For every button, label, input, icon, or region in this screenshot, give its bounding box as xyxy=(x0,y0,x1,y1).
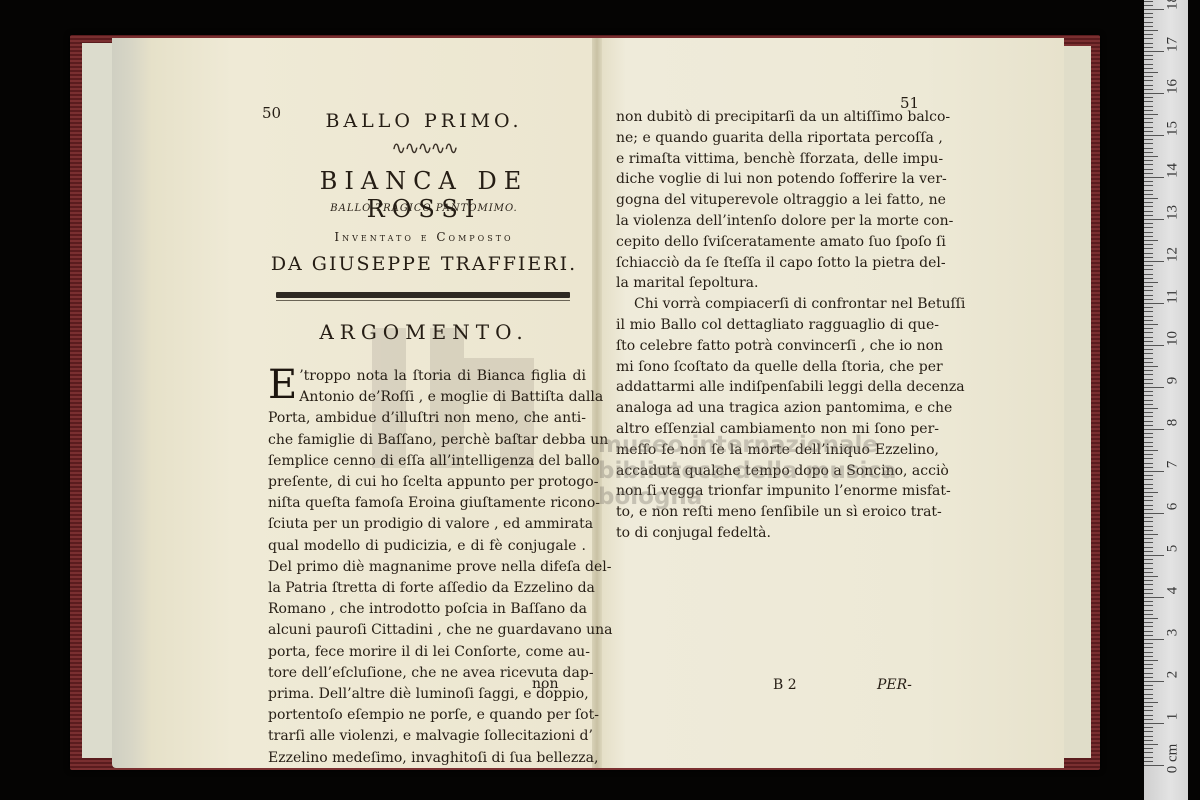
ruler-tick xyxy=(1144,534,1158,535)
ruler-tick xyxy=(1144,303,1164,304)
text-line: trarſi alle violenzi, e malvagie ſolleci… xyxy=(268,726,586,747)
ruler-tick xyxy=(1144,127,1153,128)
ruler-tick xyxy=(1144,135,1164,136)
ruler-mark: 9 xyxy=(1165,366,1182,396)
heavy-rule xyxy=(276,292,570,298)
ruler-tick xyxy=(1144,568,1153,569)
ruler-mark: 7 xyxy=(1165,450,1182,480)
ruler-tick xyxy=(1144,383,1153,384)
ruler-tick xyxy=(1144,530,1153,531)
text-line: ne; e quando guarita della riportata per… xyxy=(616,128,939,149)
ruler-tick xyxy=(1144,265,1153,266)
ruler-tick xyxy=(1144,30,1158,31)
ruler-tick xyxy=(1144,673,1153,674)
ruler-tick xyxy=(1144,215,1153,216)
ruler-tick xyxy=(1144,559,1153,560)
ruler-tick xyxy=(1144,282,1158,283)
ruler-tick xyxy=(1144,635,1153,636)
ruler-tick xyxy=(1144,610,1153,611)
ruler-tick xyxy=(1144,542,1153,543)
ruler-mark: 3 xyxy=(1165,618,1182,648)
ruler-tick xyxy=(1144,584,1153,585)
ruler-tick xyxy=(1144,152,1153,153)
ornament-divider: ∿∿∿∿∿ xyxy=(262,138,586,159)
ruler-mark: 17 xyxy=(1165,30,1182,60)
ruler-tick xyxy=(1144,337,1153,338)
ruler-tick xyxy=(1144,408,1158,409)
ruler-mark: 15 xyxy=(1165,114,1182,144)
text-line: Antonio de’Roſſi , e moglie di Battiſta … xyxy=(268,387,586,408)
text-line: ſciuta per un prodigio di valore , ed am… xyxy=(268,514,586,535)
text-line: addattarmi alle indiſpenſabili leggi del… xyxy=(616,377,939,398)
ruler-tick xyxy=(1144,702,1158,703)
ruler-tick xyxy=(1144,185,1153,186)
ruler-tick xyxy=(1144,400,1153,401)
ruler-tick xyxy=(1144,652,1153,653)
ruler-tick xyxy=(1144,425,1153,426)
ruler-tick xyxy=(1144,59,1153,60)
text-line: Porta, ambidue d’illuſtri non meno, che … xyxy=(268,408,586,429)
catchword-left: non xyxy=(532,676,558,692)
ruler-tick xyxy=(1144,416,1153,417)
ruler-tick xyxy=(1144,131,1153,132)
ruler-tick xyxy=(1144,555,1164,556)
text-line: Ezzelino medeſimo, invaghitoſi di ſua be… xyxy=(268,748,586,769)
watermark-line: biblioteca della musica xyxy=(598,458,897,484)
ruler-tick xyxy=(1144,572,1153,573)
ruler-tick xyxy=(1144,736,1153,737)
ruler-tick xyxy=(1144,202,1153,203)
ruler-tick xyxy=(1144,467,1153,468)
ruler-tick xyxy=(1144,761,1153,762)
text-line: ſto celebre fatto potrà convincerſi , ch… xyxy=(616,336,939,357)
ruler-tick xyxy=(1144,757,1153,758)
ruler-tick xyxy=(1144,316,1153,317)
ruler-tick xyxy=(1144,664,1153,665)
text-line: to di conjugal fedeltà. xyxy=(616,523,939,544)
ruler-tick xyxy=(1144,89,1153,90)
ruler-tick xyxy=(1144,9,1164,10)
ruler-tick xyxy=(1144,232,1153,233)
ruler-tick xyxy=(1144,723,1164,724)
ruler-tick xyxy=(1144,547,1153,548)
ruler-tick xyxy=(1144,358,1153,359)
ruler-tick xyxy=(1144,484,1153,485)
ruler-tick xyxy=(1144,206,1153,207)
ruler-tick xyxy=(1144,517,1153,518)
ruler-tick xyxy=(1144,605,1153,606)
text-line: la Patria ſtretta di forte aſſedio da Ez… xyxy=(268,578,586,599)
ballet-title: BIANCA DE ROSSI xyxy=(262,167,586,223)
ruler-tick xyxy=(1144,458,1153,459)
ruler-tick xyxy=(1144,505,1153,506)
ruler-mark: 11 xyxy=(1165,282,1182,312)
ruler-tick xyxy=(1144,622,1153,623)
ruler-tick xyxy=(1144,93,1164,94)
ruler-tick xyxy=(1144,538,1153,539)
ruler-tick xyxy=(1144,244,1153,245)
ruler-tick xyxy=(1144,471,1164,472)
text-line: cepito dello ſviſceratamente amato ſuo ſ… xyxy=(616,232,939,253)
ruler-tick xyxy=(1144,68,1153,69)
ruler-tick xyxy=(1144,395,1153,396)
text-line: mi ſono ſcoſtato da quelle della ſtoria,… xyxy=(616,357,939,378)
ruler-tick xyxy=(1144,72,1158,73)
running-title: BALLO PRIMO. xyxy=(262,110,586,132)
ruler-tick xyxy=(1144,362,1153,363)
ruler-tick xyxy=(1144,748,1153,749)
text-line: Chi vorrà compiacerſi di confrontar nel … xyxy=(616,294,939,315)
ruler-tick xyxy=(1144,177,1164,178)
ruler-tick xyxy=(1144,227,1153,228)
ruler-tick xyxy=(1144,660,1158,661)
text-line: gogna del vituperevole oltraggio a lei f… xyxy=(616,190,939,211)
thin-rule xyxy=(276,300,570,301)
text-line: Del primo diè magnanime prove nella dife… xyxy=(268,557,586,578)
ruler-tick xyxy=(1144,1,1153,2)
ruler-tick xyxy=(1144,370,1153,371)
ruler-mark: 14 xyxy=(1165,156,1182,186)
ruler-tick xyxy=(1144,64,1153,65)
text-line: porta, fece morire il di lei Conſorte, c… xyxy=(268,642,586,663)
ruler-tick xyxy=(1144,626,1153,627)
ruler-tick xyxy=(1144,148,1153,149)
text-line: alcuni pauroſi Cittadini , che ne guarda… xyxy=(268,620,586,641)
ruler-tick xyxy=(1144,198,1158,199)
text-line: che famiglie di Baſſano, perchè baſtar d… xyxy=(268,430,586,451)
watermark-line: bologna xyxy=(598,484,897,510)
ruler-tick xyxy=(1144,740,1153,741)
text-line: non dubitò di precipitarſi da un altiſſi… xyxy=(616,107,939,128)
ruler-tick xyxy=(1144,589,1153,590)
ruler-tick xyxy=(1144,614,1153,615)
ruler-tick xyxy=(1144,160,1153,161)
ruler-tick xyxy=(1144,597,1164,598)
ruler-tick xyxy=(1144,727,1153,728)
ruler-tick xyxy=(1144,765,1164,766)
ruler-mark: 10 xyxy=(1165,324,1182,354)
ruler-tick xyxy=(1144,563,1153,564)
ruler-tick xyxy=(1144,710,1153,711)
ruler-tick xyxy=(1144,85,1153,86)
ruler-tick xyxy=(1144,43,1153,44)
ruler-tick xyxy=(1144,51,1164,52)
ruler-tick xyxy=(1144,143,1153,144)
ruler-tick xyxy=(1144,169,1153,170)
ruler-tick xyxy=(1144,106,1153,107)
ruler-tick xyxy=(1144,601,1153,602)
ruler-tick xyxy=(1144,475,1153,476)
ruler-tick xyxy=(1144,353,1153,354)
text-line: qual modello di pudicizia, e di fè conju… xyxy=(268,536,586,557)
ruler-tick xyxy=(1144,631,1153,632)
ruler-tick xyxy=(1144,349,1153,350)
ruler-tick xyxy=(1144,253,1153,254)
ruler-tick xyxy=(1144,379,1153,380)
library-watermark: museo internazionale biblioteca della mu… xyxy=(598,432,897,510)
ruler-tick xyxy=(1144,647,1153,648)
ruler-tick xyxy=(1144,295,1153,296)
ruler-tick xyxy=(1144,118,1153,119)
ruler-tick xyxy=(1144,341,1153,342)
ruler-tick xyxy=(1144,34,1153,35)
ruler-tick xyxy=(1144,274,1153,275)
text-line: portentoſo eſempio ne porſe, e quando pe… xyxy=(268,705,586,726)
ruler-tick xyxy=(1144,450,1158,451)
ruler-mark: 1 xyxy=(1165,702,1182,732)
text-line: la violenza dell’intenſo dolore per la m… xyxy=(616,211,939,232)
ruler-tick xyxy=(1144,387,1164,388)
ruler-tick xyxy=(1144,593,1153,594)
ruler-tick xyxy=(1144,454,1153,455)
ruler-tick xyxy=(1144,240,1158,241)
ruler-tick xyxy=(1144,681,1164,682)
ruler-tick xyxy=(1144,97,1153,98)
ruler-tick xyxy=(1144,345,1164,346)
signature-mark: B 2 xyxy=(773,677,797,693)
ruler-tick xyxy=(1144,706,1153,707)
ruler-tick xyxy=(1144,580,1153,581)
ruler-tick xyxy=(1144,463,1153,464)
text-line: Romano , che introdotto poſcia in Baſſan… xyxy=(268,599,586,620)
ruler-tick xyxy=(1144,194,1153,195)
ruler-tick xyxy=(1144,509,1153,510)
text-line: diche voglie di lui non potendo ſofferir… xyxy=(616,169,939,190)
ruler-tick xyxy=(1144,320,1153,321)
ruler-tick xyxy=(1144,219,1164,220)
ruler-tick xyxy=(1144,391,1153,392)
ruler-tick xyxy=(1144,22,1153,23)
ruler-tick xyxy=(1144,328,1153,329)
ruler-tick xyxy=(1144,17,1153,18)
ruler-mark: 4 xyxy=(1165,576,1182,606)
ruler-tick xyxy=(1144,513,1164,514)
ruler-tick xyxy=(1144,374,1153,375)
ruler-tick xyxy=(1144,429,1164,430)
ruler-tick xyxy=(1144,26,1153,27)
ruler-mark: 2 xyxy=(1165,660,1182,690)
ruler-tick xyxy=(1144,290,1153,291)
ruler-tick xyxy=(1144,248,1153,249)
ruler-tick xyxy=(1144,618,1158,619)
credit-line: Inventato e Composto xyxy=(262,230,586,244)
ruler-tick xyxy=(1144,181,1153,182)
ruler-tick xyxy=(1144,694,1153,695)
ruler-mark: 5 xyxy=(1165,534,1182,564)
ruler-tick xyxy=(1144,488,1153,489)
ruler-tick xyxy=(1144,731,1153,732)
ruler-tick xyxy=(1144,643,1153,644)
ruler-tick xyxy=(1144,656,1153,657)
ruler-tick xyxy=(1144,299,1153,300)
ruler-tick xyxy=(1144,715,1153,716)
ruler-tick xyxy=(1144,719,1153,720)
ruler-mark: 16 xyxy=(1165,72,1182,102)
ruler-tick xyxy=(1144,421,1153,422)
ruler-tick xyxy=(1144,752,1153,753)
text-line: analoga ad una tragica azion pantomima, … xyxy=(616,398,939,419)
ruler-tick xyxy=(1144,442,1153,443)
section-heading: ARGOMENTO. xyxy=(262,320,586,344)
author-line: DA GIUSEPPE TRAFFIERI. xyxy=(262,253,586,275)
ruler-unit-label: 0 cm xyxy=(1165,744,1182,774)
ruler-tick xyxy=(1144,211,1153,212)
ruler-tick xyxy=(1144,412,1153,413)
ruler-tick xyxy=(1144,223,1153,224)
ruler-tick xyxy=(1144,744,1158,745)
text-line: ſemplice cenno di eſſa all’intelligenza … xyxy=(268,451,586,472)
left-body-text: E ’troppo nota la ſtoria di Bianca figli… xyxy=(268,366,586,769)
ruler-tick xyxy=(1144,164,1153,165)
ruler-tick xyxy=(1144,80,1153,81)
text-line: la marital ſepoltura. xyxy=(616,273,939,294)
ruler-mark: 8 xyxy=(1165,408,1182,438)
ruler-tick xyxy=(1144,236,1153,237)
ruler-tick xyxy=(1144,551,1153,552)
text-line: il mio Ballo col dettagliato ragguaglio … xyxy=(616,315,939,336)
ruler-tick xyxy=(1144,698,1153,699)
ruler-tick xyxy=(1144,685,1153,686)
ruler-tick xyxy=(1144,110,1153,111)
ruler-tick xyxy=(1144,307,1153,308)
ruler-tick xyxy=(1144,433,1153,434)
ruler-mark: 13 xyxy=(1165,198,1182,228)
ruler-tick xyxy=(1144,5,1153,6)
ruler-tick xyxy=(1144,437,1153,438)
ruler-tick xyxy=(1144,639,1164,640)
catchword-right: PER- xyxy=(877,677,912,693)
ruler-tick xyxy=(1144,122,1153,123)
text-line: ’troppo nota la ſtoria di Bianca figlia … xyxy=(268,366,586,387)
ruler-tick xyxy=(1144,526,1153,527)
ruler-tick xyxy=(1144,332,1153,333)
ruler-tick xyxy=(1144,55,1153,56)
text-line: preſente, di cui ho ſcelta appunto per p… xyxy=(268,472,586,493)
ruler-tick xyxy=(1144,139,1153,140)
ruler-mark: 18 xyxy=(1165,0,1182,18)
ballet-subtitle: BALLO TRAGICO PANTOMIMO. xyxy=(262,203,586,214)
drop-cap: E xyxy=(268,368,297,402)
ruler-tick xyxy=(1144,257,1153,258)
ruler-tick xyxy=(1144,521,1153,522)
ruler-tick xyxy=(1144,668,1153,669)
ruler-tick xyxy=(1144,404,1153,405)
ruler-tick xyxy=(1144,278,1153,279)
ruler-tick xyxy=(1144,576,1158,577)
ruler-tick xyxy=(1144,269,1153,270)
text-line: ſchiacciò da ſe ſteſſa il capo ſotto la … xyxy=(616,253,939,274)
ruler-tick xyxy=(1144,47,1153,48)
ruler-tick xyxy=(1144,13,1153,14)
ruler-tick xyxy=(1144,114,1158,115)
watermark-line: museo internazionale xyxy=(598,432,897,458)
ruler-mark: 6 xyxy=(1165,492,1182,522)
ruler-tick xyxy=(1144,190,1153,191)
ruler-tick xyxy=(1144,479,1153,480)
ruler-tick xyxy=(1144,76,1153,77)
ruler-tick xyxy=(1144,446,1153,447)
ruler-mark: 12 xyxy=(1165,240,1182,270)
ruler-tick xyxy=(1144,496,1153,497)
ruler-tick xyxy=(1144,38,1153,39)
ruler-tick xyxy=(1144,366,1158,367)
right-endpaper xyxy=(1060,46,1091,758)
text-line: niſta queſta famoſa Eroina giuſtamente r… xyxy=(268,493,586,514)
ruler-tick xyxy=(1144,173,1153,174)
ruler-tick xyxy=(1144,324,1158,325)
ruler-tick xyxy=(1144,677,1153,678)
ruler-tick xyxy=(1144,101,1153,102)
ruler-tick xyxy=(1144,156,1158,157)
ruler-tick xyxy=(1144,689,1153,690)
measuring-ruler: 0 cm 1 2 3 4 5 6 7 8 9 10 11 12 13 14 15… xyxy=(1144,0,1188,800)
ruler-tick xyxy=(1144,500,1153,501)
ruler-tick xyxy=(1144,311,1153,312)
ruler-tick xyxy=(1144,492,1158,493)
ruler-tick xyxy=(1144,286,1153,287)
text-line: e rimaſta vittima, benchè ſforzata, dell… xyxy=(616,149,939,170)
ruler-tick xyxy=(1144,261,1164,262)
